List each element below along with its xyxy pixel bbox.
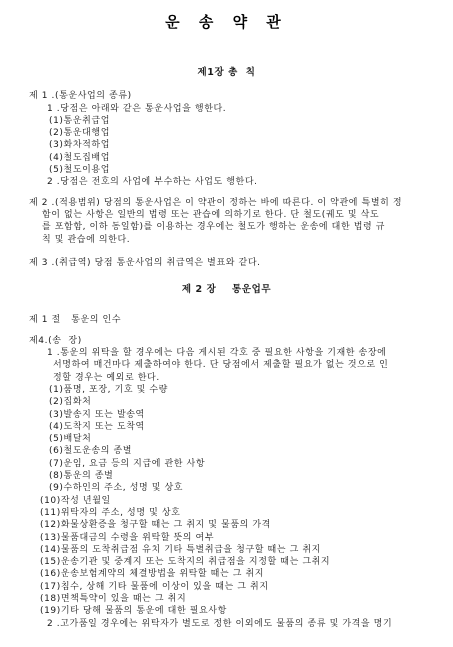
article-4-list-19: (19)기타 당해 물품의 통운에 대한 필요사항	[0, 605, 453, 617]
article-1-item-2: 2 .당점은 전호의 사업에 부수하는 사업도 행한다.	[0, 176, 453, 188]
article-1-list-1: (1)통운취급업	[0, 115, 453, 127]
article-4-item-1-line-1: 1 .통운의 위탁을 할 경우에는 다음 게시된 각호 중 필요한 사항을 기재…	[0, 347, 453, 359]
article-2-line-3: 를 포함함, 이하 동일함)를 이용하는 경우에는 철도가 행하는 운송에 대한…	[0, 221, 453, 233]
article-4-list-11: (11)위탁자의 주소, 성명 및 상호	[0, 507, 453, 519]
document-page: 운 송 약 관 제1장 총 칙제 1 .(통운사업의 종류)1 .당점은 아래와…	[0, 0, 453, 647]
article-4-list-10: (10)작성 년월일	[0, 495, 453, 507]
section-1-heading: 제 1 절 통운의 인수	[0, 314, 453, 326]
article-4-list-13: (13)물품대금의 수령을 위탁할 뜻의 여부	[0, 532, 453, 544]
article-4-list-2: (2)집화처	[0, 396, 453, 408]
article-4-item-1-line-2: 서명하여 매건마다 제출하여야 한다. 단 당점에서 제출할 필요가 없는 것으…	[0, 359, 453, 371]
chapter-1-heading: 제1장 총 칙	[0, 67, 453, 79]
article-4-list-4: (4)도착지 또는 도착역	[0, 421, 453, 433]
article-1-list-4: (4)철도집배업	[0, 152, 453, 164]
article-4-heading: 제4.(송 장)	[0, 335, 453, 347]
article-4-list-1: (1)품명, 포장, 기호 및 수량	[0, 384, 453, 396]
article-4-item-2: 2 .고가품일 경우에는 위탁자가 별도로 정한 이외에도 물품의 종류 및 가…	[0, 618, 453, 630]
article-4-item-1-line-3: 정할 경우는 예외로 한다.	[0, 372, 453, 384]
article-1-heading: 제 1 .(통운사업의 종류)	[0, 90, 453, 102]
article-2-line-1: 제 2 .(적용범위) 당점의 통운사업은 이 약관이 정하는 바에 따른다. …	[0, 197, 453, 209]
chapter-2-heading: 제 2 장 통운업무	[0, 284, 453, 296]
article-4-list-6: (6)철도운송의 종별	[0, 445, 453, 457]
article-4-list-14: (14)물품의 도착취급점 유치 기타 특별취급을 청구할 때는 그 취지	[0, 544, 453, 556]
article-1-list-2: (2)통운대행업	[0, 127, 453, 139]
article-4-list-8: (8)통운의 종별	[0, 470, 453, 482]
document-body: 제1장 총 칙제 1 .(통운사업의 종류)1 .당점은 아래와 같은 통운사업…	[0, 67, 453, 630]
document-title: 운 송 약 관	[0, 12, 453, 32]
article-2-line-2: 함이 없는 사항은 일반의 법령 또는 관습에 의하기로 한다. 단 철도(궤도…	[0, 209, 453, 221]
article-4-list-18: (18)면책특약이 있을 때는 그 취지	[0, 593, 453, 605]
article-4-list-3: (3)발송지 또는 발송역	[0, 409, 453, 421]
article-4-list-5: (5)배달처	[0, 433, 453, 445]
article-4-list-12: (12)화물상환증을 청구할 때는 그 취지 및 물품의 가격	[0, 519, 453, 531]
article-4-list-7: (7)운임, 요금 등의 지급에 관한 사항	[0, 458, 453, 470]
article-4-list-17: (17)침수, 상해 기타 물품에 이상이 있을 때는 그 취지	[0, 581, 453, 593]
article-1-item-1: 1 .당점은 아래와 같은 통운사업을 행한다.	[0, 103, 453, 115]
article-1-list-3: (3)화차적하업	[0, 139, 453, 151]
article-2-line-4: 칙 및 관습에 의한다.	[0, 234, 453, 246]
article-4-list-15: (15)운송기관 및 중계지 또는 도착지의 취급점을 지정할 때는 그취지	[0, 556, 453, 568]
article-3-line-1: 제 3 .(취급역) 당점 통운사업의 취급역은 별표와 같다.	[0, 257, 453, 269]
article-4-list-16: (16)운송보험계약의 체결방법을 위탁할 때는 그 취지	[0, 568, 453, 580]
article-1-list-5: (5)철도이용업	[0, 164, 453, 176]
article-4-list-9: (9)수하인의 주소, 성명 및 상호	[0, 482, 453, 494]
